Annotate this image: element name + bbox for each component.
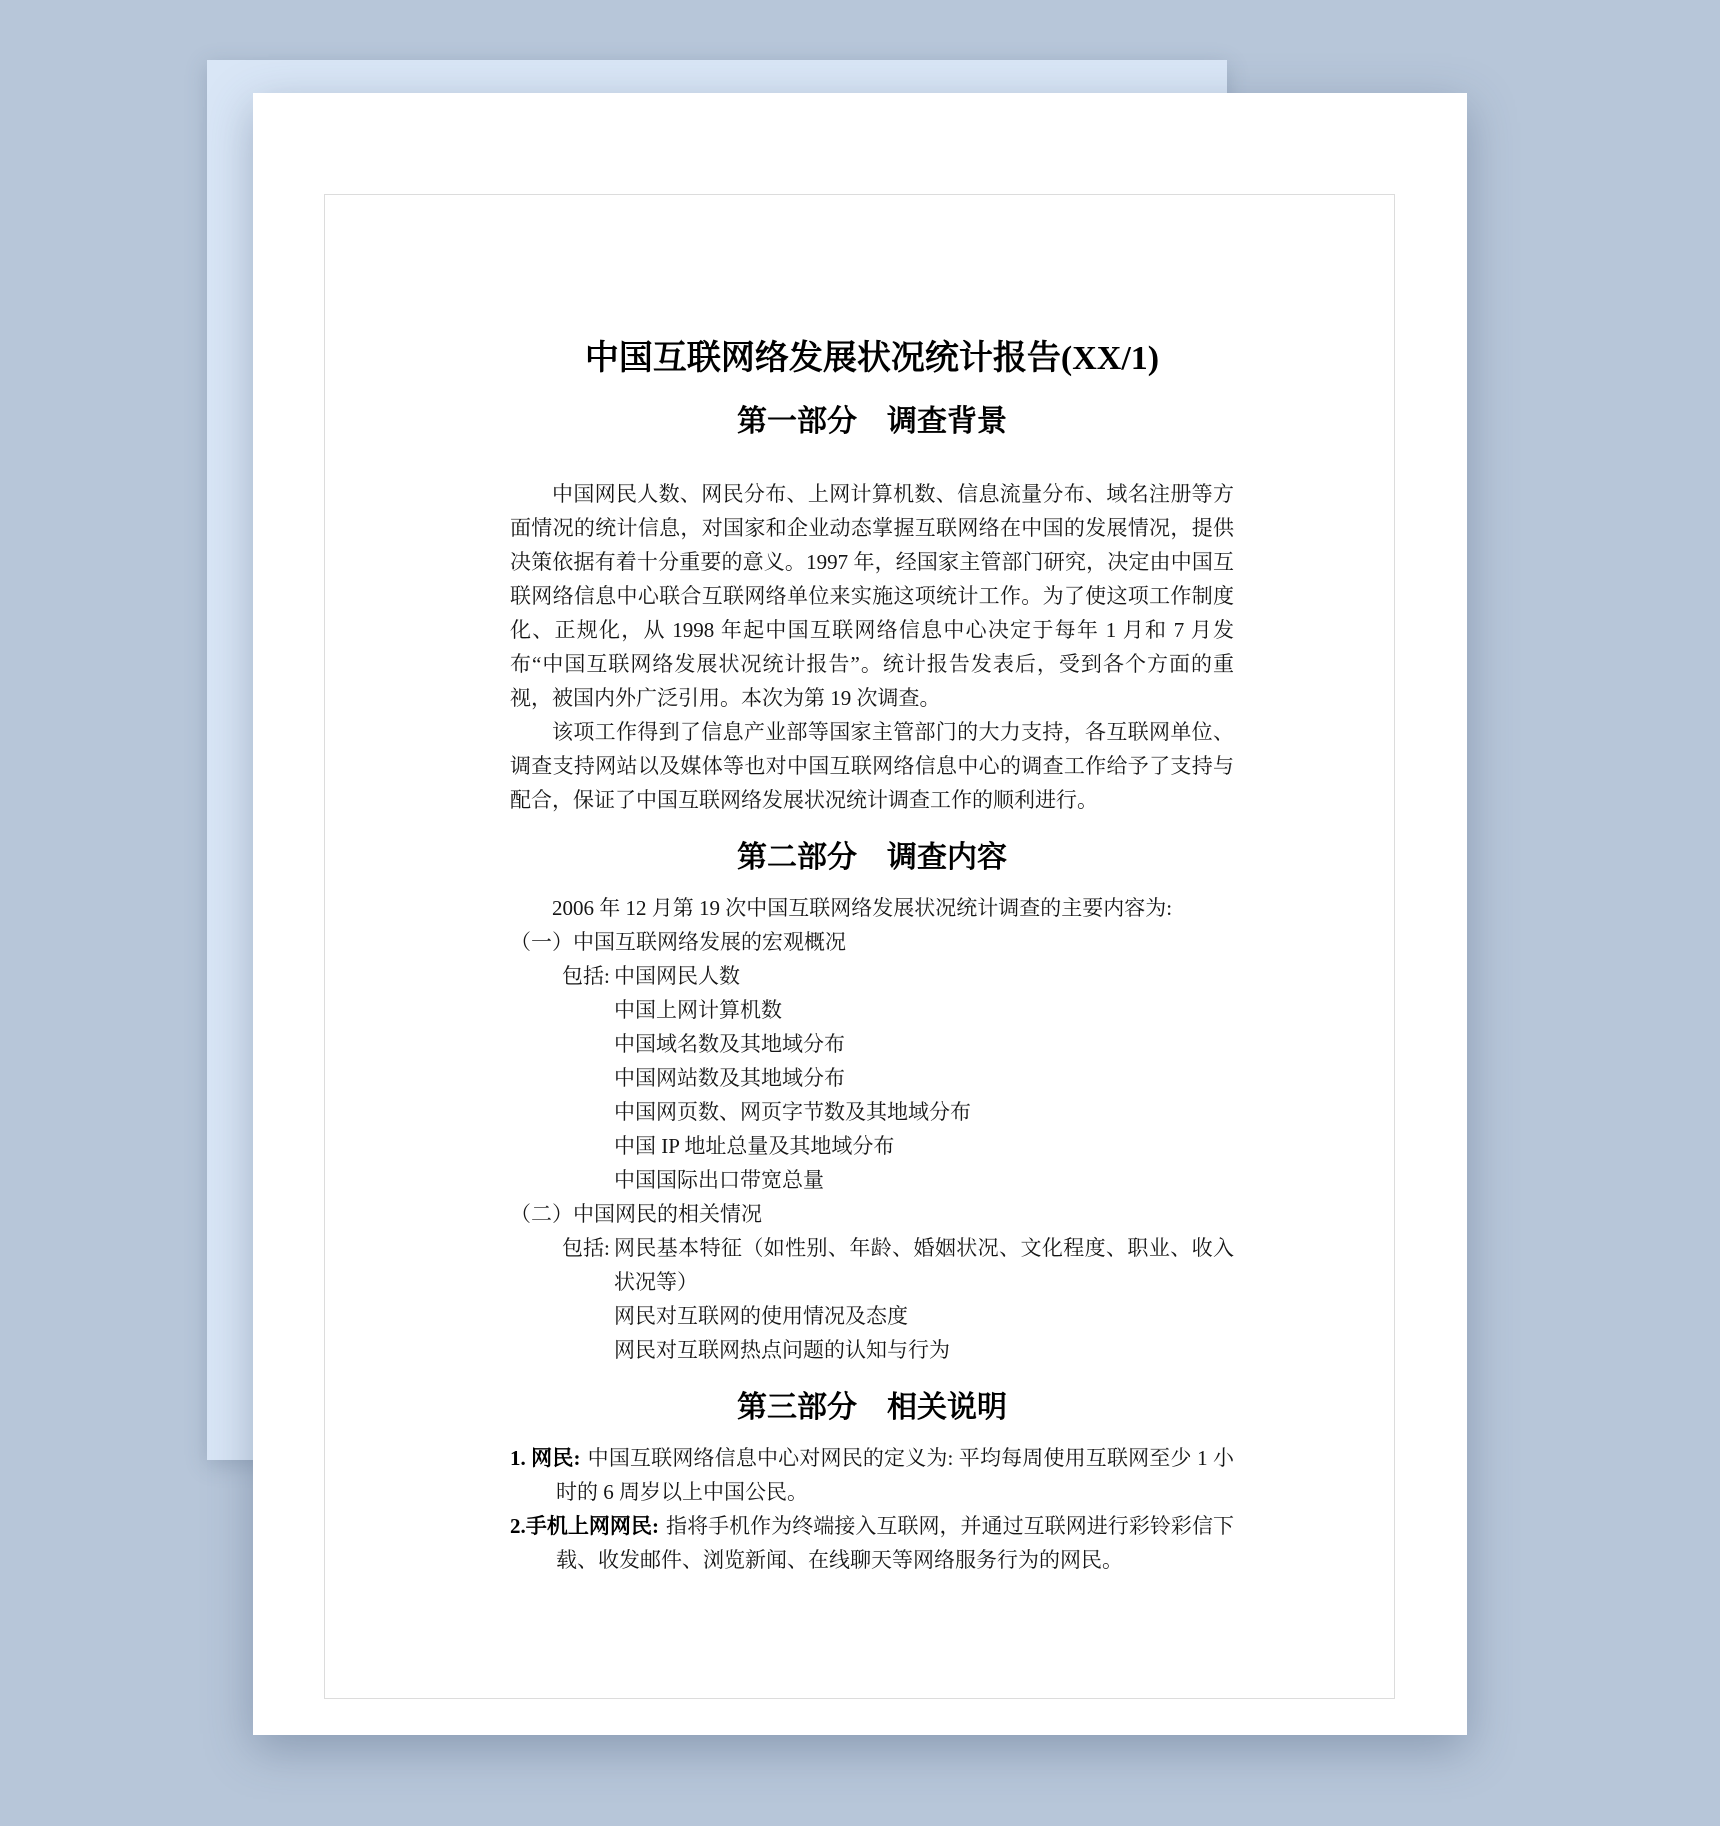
definition-1-term: 1. 网民:	[510, 1446, 581, 1470]
section-1-paragraph-2: 该项工作得到了信息产业部等国家主管部门的大力支持，各互联网单位、调查支持网站以及…	[510, 715, 1234, 817]
document-page: 中国互联网络发展状况统计报告(XX/1) 第一部分 调查背景 中国网民人数、网民…	[253, 93, 1467, 1735]
group-1-include-row: 包括: 中国网民人数	[510, 959, 1234, 993]
survey-scope-group-1: （一）中国互联网络发展的宏观概况 包括: 中国网民人数 中国上网计算机数 中国域…	[510, 925, 1234, 1197]
definition-2-term: 2.手机上网网民:	[510, 1514, 659, 1538]
definition-1-text: 中国互联网络信息中心对网民的定义为: 平均每周使用互联网至少 1 小时的 6 周…	[556, 1446, 1234, 1504]
group-1-item: 中国网站数及其地域分布	[510, 1061, 1234, 1095]
group-2-item: 网民对互联网的使用情况及态度	[510, 1299, 1234, 1333]
group-2-include-label: 包括:	[562, 1231, 610, 1265]
group-2-label: （二）中国网民的相关情况	[510, 1197, 1234, 1231]
group-1-item: 中国 IP 地址总量及其地域分布	[510, 1129, 1234, 1163]
group-2-include-row: 包括: 网民基本特征（如性别、年龄、婚姻状况、文化程度、职业、收入状况等）	[510, 1231, 1234, 1299]
group-1-item: 中国国际出口带宽总量	[510, 1163, 1234, 1197]
document-title: 中国互联网络发展状况统计报告(XX/1)	[510, 337, 1234, 381]
section-2-heading: 第二部分 调查内容	[510, 839, 1234, 877]
document-content: 中国互联网络发展状况统计报告(XX/1) 第一部分 调查背景 中国网民人数、网民…	[510, 337, 1234, 1577]
group-1-include-label: 包括:	[562, 959, 610, 993]
definition-1: 1. 网民:中国互联网络信息中心对网民的定义为: 平均每周使用互联网至少 1 小…	[510, 1441, 1234, 1509]
group-2-item: 网民基本特征（如性别、年龄、婚姻状况、文化程度、职业、收入状况等）	[614, 1236, 1234, 1294]
section-2-intro: 2006 年 12 月第 19 次中国互联网络发展状况统计调查的主要内容为:	[510, 891, 1234, 925]
group-1-item: 中国网民人数	[614, 964, 740, 988]
survey-scope-group-2: （二）中国网民的相关情况 包括: 网民基本特征（如性别、年龄、婚姻状况、文化程度…	[510, 1197, 1234, 1367]
group-1-item: 中国网页数、网页字节数及其地域分布	[510, 1095, 1234, 1129]
section-1-heading: 第一部分 调查背景	[510, 403, 1234, 441]
section-3-heading: 第三部分 相关说明	[510, 1389, 1234, 1427]
group-1-label: （一）中国互联网络发展的宏观概况	[510, 925, 1234, 959]
section-1-paragraph-1: 中国网民人数、网民分布、上网计算机数、信息流量分布、域名注册等方面情况的统计信息…	[510, 477, 1234, 715]
group-1-item: 中国上网计算机数	[510, 993, 1234, 1027]
group-1-item: 中国域名数及其地域分布	[510, 1027, 1234, 1061]
group-2-item: 网民对互联网热点问题的认知与行为	[510, 1333, 1234, 1367]
definition-2: 2.手机上网网民:指将手机作为终端接入互联网，并通过互联网进行彩铃彩信下载、收发…	[510, 1509, 1234, 1577]
